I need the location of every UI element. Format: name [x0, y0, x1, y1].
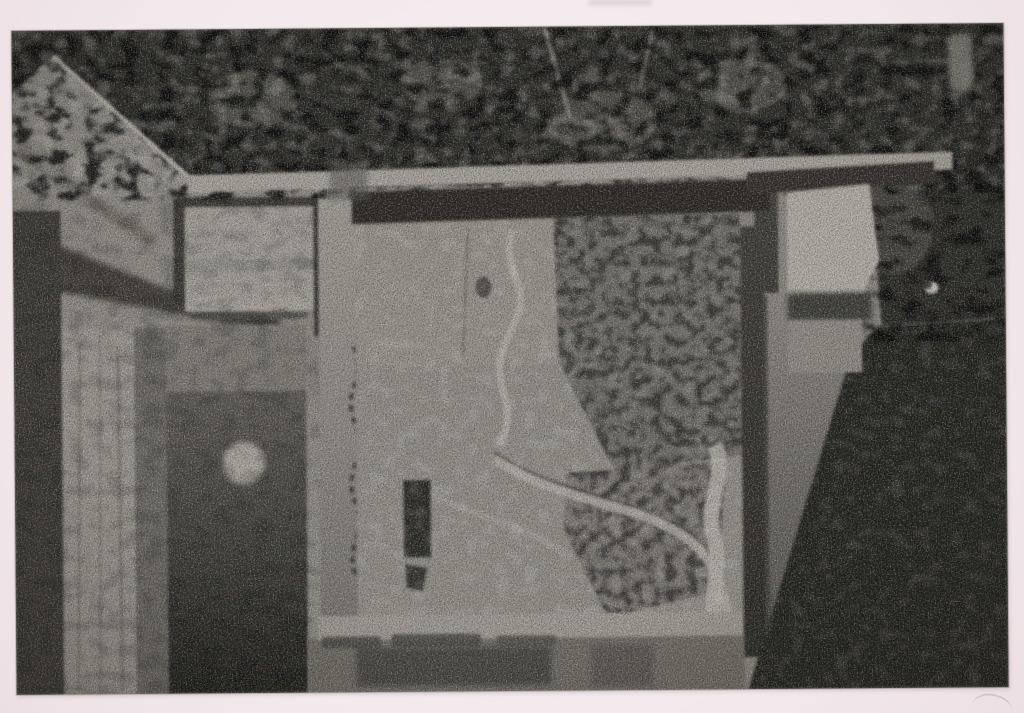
- album-page: [0, 0, 1024, 713]
- photograph: [11, 23, 1008, 695]
- vignette: [11, 23, 1008, 695]
- border-smudge: [588, 0, 652, 5]
- photo-scene-svg: [11, 23, 1008, 695]
- border-pencil-mark: [971, 691, 1015, 713]
